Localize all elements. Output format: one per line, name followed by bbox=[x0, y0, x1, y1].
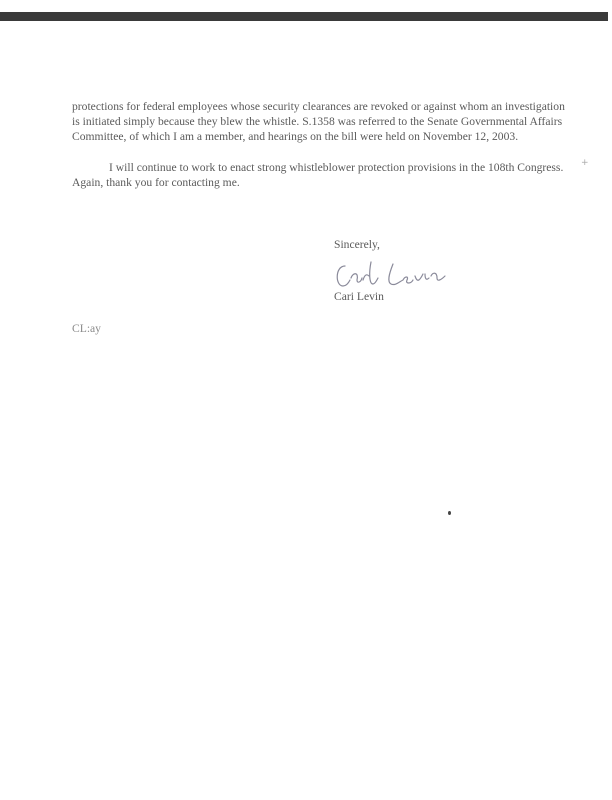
letter-paragraph-2-text: I will continue to work to enact strong … bbox=[72, 161, 563, 189]
typist-initials: CL:ay bbox=[72, 322, 101, 335]
letter-paragraph-2: I will continue to work to enact strong … bbox=[72, 160, 572, 190]
letter-paragraph-1: protections for federal employees whose … bbox=[72, 99, 572, 144]
closing-salutation: Sincerely, bbox=[334, 238, 380, 251]
scan-top-border bbox=[0, 12, 608, 21]
margin-mark: + bbox=[581, 158, 589, 168]
scan-speck bbox=[448, 511, 451, 515]
signer-name: Cari Levin bbox=[334, 290, 384, 303]
handwritten-signature bbox=[333, 258, 453, 294]
